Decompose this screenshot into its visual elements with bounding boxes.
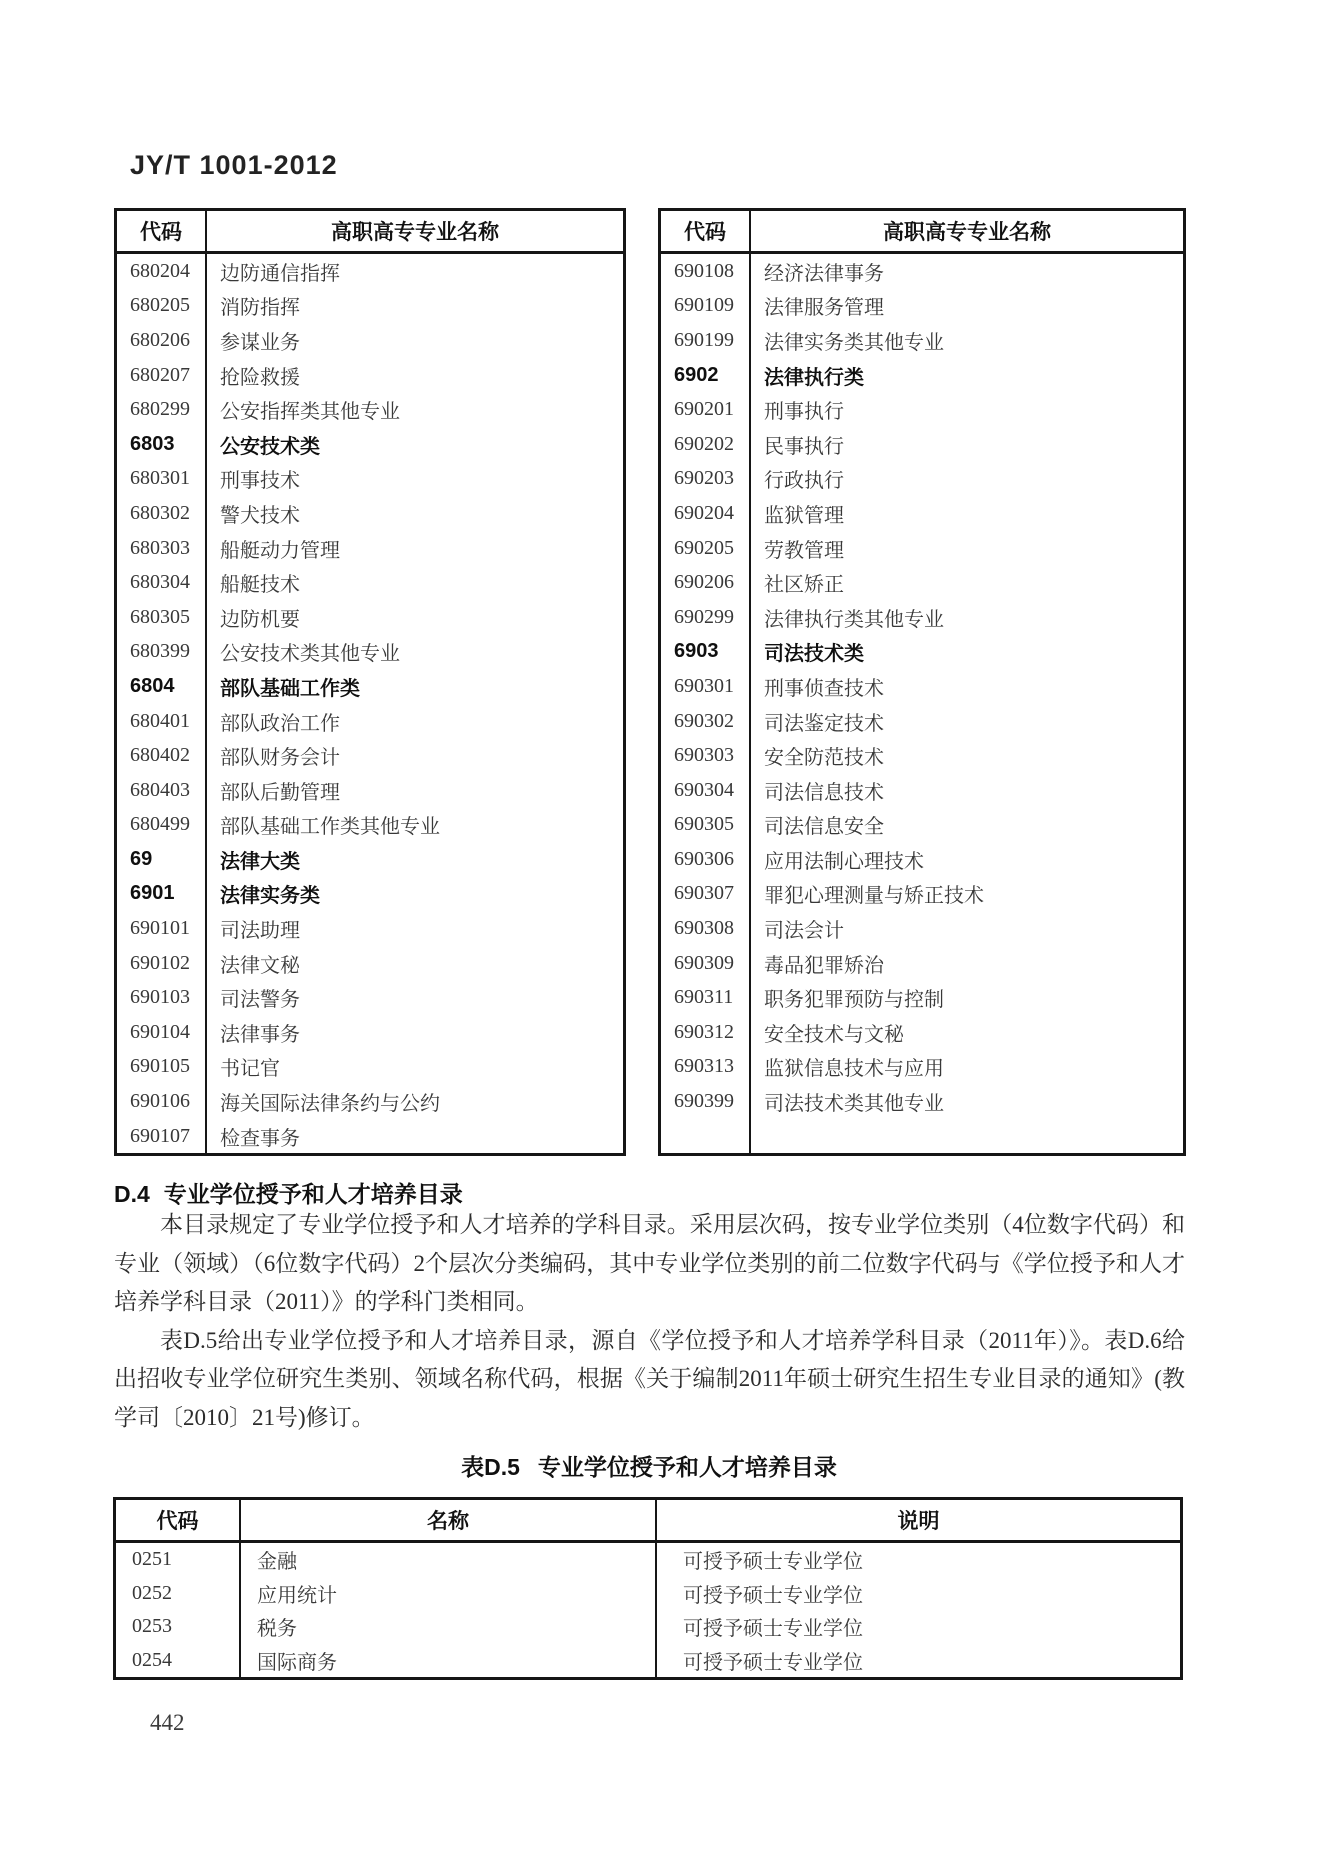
name-cell <box>751 1119 1183 1153</box>
section-heading: D.4专业学位授予和人才培养目录 <box>114 1176 463 1209</box>
name-cell: 部队后勤管理 <box>207 773 623 808</box>
table-row: 690311 职务犯罪预防与控制 <box>661 980 1183 1015</box>
code-cell: 690205 <box>661 531 751 566</box>
desc-cell: 可授予硕士专业学位 <box>657 1610 1180 1644</box>
code-cell: 690313 <box>661 1050 751 1085</box>
table-row: 690301 刑事侦查技术 <box>661 669 1183 704</box>
code-cell: 680303 <box>117 531 207 566</box>
name-cell: 司法助理 <box>207 911 623 946</box>
code-cell: 680204 <box>117 254 207 289</box>
code-cell: 680401 <box>117 704 207 739</box>
code-cell: 690202 <box>661 427 751 462</box>
code-cell: 6804 <box>117 669 207 704</box>
name-cell: 公安技术类 <box>207 427 623 462</box>
name-cell: 消防指挥 <box>207 289 623 324</box>
code-cell: 690305 <box>661 808 751 843</box>
table-row: 6902 法律执行类 <box>661 358 1183 393</box>
name-cell: 法律实务类其他专业 <box>751 323 1183 358</box>
name-cell: 经济法律事务 <box>751 254 1183 289</box>
table-row: 690312 安全技术与文秘 <box>661 1015 1183 1050</box>
table-row: 690101 司法助理 <box>117 911 623 946</box>
table-row: 690107 检查事务 <box>117 1119 623 1154</box>
code-cell: 690107 <box>117 1119 207 1154</box>
spec-table-right: 代码 高职高专专业名称 690108 经济法律事务 690109 法律服务管理 … <box>658 208 1186 1156</box>
table-row: 6901 法律实务类 <box>117 877 623 912</box>
name-cell: 警犬技术 <box>207 496 623 531</box>
code-cell: 680205 <box>117 289 207 324</box>
section-body: 本目录规定了专业学位授予和人才培养的学科目录。采用层次码，按专业学位类别（4位数… <box>114 1206 1185 1437</box>
name-cell: 职务犯罪预防与控制 <box>751 980 1183 1015</box>
code-cell: 690204 <box>661 496 751 531</box>
table-row: 690202 民事执行 <box>661 427 1183 462</box>
code-cell: 0252 <box>116 1577 241 1611</box>
table-row: 680301 刑事技术 <box>117 462 623 497</box>
code-cell: 690109 <box>661 289 751 324</box>
code-cell: 680402 <box>117 738 207 773</box>
code-cell: 0254 <box>116 1644 241 1678</box>
name-cell: 司法技术类其他专业 <box>751 1084 1183 1119</box>
code-cell: 680302 <box>117 496 207 531</box>
table-row: 680399 公安技术类其他专业 <box>117 635 623 670</box>
name-cell: 应用统计 <box>241 1577 657 1611</box>
name-cell: 法律实务类 <box>207 877 623 912</box>
header-cell-code: 代码 <box>661 211 751 251</box>
table-row: 690102 法律文秘 <box>117 946 623 981</box>
code-cell: 680301 <box>117 462 207 497</box>
table-row: 680205 消防指挥 <box>117 289 623 324</box>
table-row: 680401 部队政治工作 <box>117 704 623 739</box>
header-cell-desc: 说明 <box>657 1500 1180 1540</box>
name-cell: 监狱管理 <box>751 496 1183 531</box>
table-row: 680302 警犬技术 <box>117 496 623 531</box>
header-cell-name: 高职高专专业名称 <box>751 211 1183 251</box>
table-caption-title: 专业学位授予和人才培养目录 <box>538 1454 837 1480</box>
table-row: 0251 金融 可授予硕士专业学位 <box>116 1543 1180 1577</box>
code-cell: 690302 <box>661 704 751 739</box>
code-cell: 680499 <box>117 808 207 843</box>
code-cell: 690203 <box>661 462 751 497</box>
header-cell-code: 代码 <box>117 211 207 251</box>
name-cell: 公安指挥类其他专业 <box>207 392 623 427</box>
degree-table: 代码 名称 说明 0251 金融 可授予硕士专业学位 0252 应用统计 可授予… <box>113 1497 1183 1680</box>
table-body: 680204 边防通信指挥 680205 消防指挥 680206 参谋业务 68… <box>117 254 623 1153</box>
table-row: 680305 边防机要 <box>117 600 623 635</box>
name-cell: 法律执行类其他专业 <box>751 600 1183 635</box>
spec-table-left: 代码 高职高专专业名称 680204 边防通信指挥 680205 消防指挥 68… <box>114 208 626 1156</box>
name-cell: 安全技术与文秘 <box>751 1015 1183 1050</box>
code-cell: 69 <box>117 842 207 877</box>
code-cell: 690201 <box>661 392 751 427</box>
code-cell: 690311 <box>661 980 751 1015</box>
name-cell: 刑事执行 <box>751 392 1183 427</box>
code-cell: 690309 <box>661 946 751 981</box>
table-row: 680204 边防通信指挥 <box>117 254 623 289</box>
document-page: JY/T 1001-2012 代码 高职高专专业名称 680204 边防通信指挥… <box>0 0 1323 1871</box>
code-cell: 680305 <box>117 600 207 635</box>
table-row: 0252 应用统计 可授予硕士专业学位 <box>116 1577 1180 1611</box>
code-cell: 690304 <box>661 773 751 808</box>
code-cell: 690206 <box>661 565 751 600</box>
table-row: 690203 行政执行 <box>661 462 1183 497</box>
code-cell <box>661 1119 751 1153</box>
code-cell: 680206 <box>117 323 207 358</box>
code-cell: 690299 <box>661 600 751 635</box>
name-cell: 法律文秘 <box>207 946 623 981</box>
name-cell: 刑事侦查技术 <box>751 669 1183 704</box>
table-header-row: 代码 高职高专专业名称 <box>661 211 1183 254</box>
name-cell: 司法警务 <box>207 980 623 1015</box>
table-row: 6903 司法技术类 <box>661 635 1183 670</box>
code-cell: 6803 <box>117 427 207 462</box>
code-cell: 680399 <box>117 635 207 670</box>
code-cell: 690101 <box>117 911 207 946</box>
paragraph: 表D.5给出专业学位授予和人才培养目录，源自《学位授予和人才培养学科目录（201… <box>114 1322 1185 1438</box>
table-row: 680403 部队后勤管理 <box>117 773 623 808</box>
header-cell-code: 代码 <box>116 1500 241 1540</box>
table-row: 680299 公安指挥类其他专业 <box>117 392 623 427</box>
table-header-row: 代码 名称 说明 <box>116 1500 1180 1543</box>
table-body: 0251 金融 可授予硕士专业学位 0252 应用统计 可授予硕士专业学位 02… <box>116 1543 1180 1677</box>
table-row: 6804 部队基础工作类 <box>117 669 623 704</box>
code-cell: 680403 <box>117 773 207 808</box>
code-cell: 6901 <box>117 877 207 912</box>
table-row: 690307 罪犯心理测量与矫正技术 <box>661 877 1183 912</box>
section-title: 专业学位授予和人才培养目录 <box>164 1181 463 1207</box>
name-cell: 毒品犯罪矫治 <box>751 946 1183 981</box>
table-row: 690204 监狱管理 <box>661 496 1183 531</box>
name-cell: 书记官 <box>207 1050 623 1085</box>
table-row: 690309 毒品犯罪矫治 <box>661 946 1183 981</box>
code-cell: 690301 <box>661 669 751 704</box>
table-row: 69 法律大类 <box>117 842 623 877</box>
table-row: 6803 公安技术类 <box>117 427 623 462</box>
code-cell: 690399 <box>661 1084 751 1119</box>
name-cell: 金融 <box>241 1543 657 1577</box>
table-row: 690399 司法技术类其他专业 <box>661 1084 1183 1119</box>
name-cell: 参谋业务 <box>207 323 623 358</box>
code-cell: 690307 <box>661 877 751 912</box>
table-row: 690299 法律执行类其他专业 <box>661 600 1183 635</box>
table-row: 690109 法律服务管理 <box>661 289 1183 324</box>
name-cell: 船艇动力管理 <box>207 531 623 566</box>
code-cell: 690303 <box>661 738 751 773</box>
name-cell: 劳教管理 <box>751 531 1183 566</box>
table-row: 690308 司法会计 <box>661 911 1183 946</box>
name-cell: 司法信息技术 <box>751 773 1183 808</box>
desc-cell: 可授予硕士专业学位 <box>657 1644 1180 1678</box>
code-cell: 0251 <box>116 1543 241 1577</box>
code-cell: 690312 <box>661 1015 751 1050</box>
name-cell: 国际商务 <box>241 1644 657 1678</box>
name-cell: 部队财务会计 <box>207 738 623 773</box>
table-row: 690306 应用法制心理技术 <box>661 842 1183 877</box>
code-cell: 680304 <box>117 565 207 600</box>
table-row: 680499 部队基础工作类其他专业 <box>117 808 623 843</box>
table-caption-label: 表D.5 <box>461 1454 520 1480</box>
name-cell: 司法鉴定技术 <box>751 704 1183 739</box>
table-row: 690313 监狱信息技术与应用 <box>661 1050 1183 1085</box>
table-row: 0254 国际商务 可授予硕士专业学位 <box>116 1644 1180 1678</box>
name-cell: 部队基础工作类其他专业 <box>207 808 623 843</box>
code-cell: 0253 <box>116 1610 241 1644</box>
table-row: 690206 社区矫正 <box>661 565 1183 600</box>
header-cell-name: 名称 <box>241 1500 657 1540</box>
name-cell: 部队政治工作 <box>207 704 623 739</box>
table-row: 690106 海关国际法律条约与公约 <box>117 1084 623 1119</box>
name-cell: 部队基础工作类 <box>207 669 623 704</box>
name-cell: 罪犯心理测量与矫正技术 <box>751 877 1183 912</box>
table-row: 690199 法律实务类其他专业 <box>661 323 1183 358</box>
name-cell: 民事执行 <box>751 427 1183 462</box>
table-row: 680207 抢险救援 <box>117 358 623 393</box>
paragraph: 本目录规定了专业学位授予和人才培养的学科目录。采用层次码，按专业学位类别（4位数… <box>114 1206 1185 1322</box>
desc-cell: 可授予硕士专业学位 <box>657 1543 1180 1577</box>
code-cell: 690199 <box>661 323 751 358</box>
table-row: 690108 经济法律事务 <box>661 254 1183 289</box>
table-row: 690302 司法鉴定技术 <box>661 704 1183 739</box>
name-cell: 海关国际法律条约与公约 <box>207 1084 623 1119</box>
table-row: 680206 参谋业务 <box>117 323 623 358</box>
name-cell: 公安技术类其他专业 <box>207 635 623 670</box>
code-cell: 690105 <box>117 1050 207 1085</box>
table-row: 0253 税务 可授予硕士专业学位 <box>116 1610 1180 1644</box>
name-cell: 税务 <box>241 1610 657 1644</box>
section-label: D.4 <box>114 1181 150 1207</box>
table-row: 690201 刑事执行 <box>661 392 1183 427</box>
code-cell: 690103 <box>117 980 207 1015</box>
name-cell: 社区矫正 <box>751 565 1183 600</box>
name-cell: 安全防范技术 <box>751 738 1183 773</box>
code-cell: 690108 <box>661 254 751 289</box>
name-cell: 监狱信息技术与应用 <box>751 1050 1183 1085</box>
code-cell: 680207 <box>117 358 207 393</box>
table-body: 690108 经济法律事务 690109 法律服务管理 690199 法律实务类… <box>661 254 1183 1119</box>
table-row: 680304 船艇技术 <box>117 565 623 600</box>
table-caption: 表D.5专业学位授予和人才培养目录 <box>114 1449 1184 1482</box>
desc-cell: 可授予硕士专业学位 <box>657 1577 1180 1611</box>
name-cell: 船艇技术 <box>207 565 623 600</box>
name-cell: 法律执行类 <box>751 358 1183 393</box>
table-row: 680303 船艇动力管理 <box>117 531 623 566</box>
table-row: 690104 法律事务 <box>117 1015 623 1050</box>
name-cell: 边防机要 <box>207 600 623 635</box>
code-cell: 690102 <box>117 946 207 981</box>
name-cell: 检查事务 <box>207 1119 623 1154</box>
name-cell: 法律事务 <box>207 1015 623 1050</box>
header-cell-name: 高职高专专业名称 <box>207 211 623 251</box>
standard-number: JY/T 1001-2012 <box>130 150 338 181</box>
table-filler-row <box>661 1119 1183 1153</box>
name-cell: 法律大类 <box>207 842 623 877</box>
code-cell: 690306 <box>661 842 751 877</box>
code-cell: 690308 <box>661 911 751 946</box>
table-row: 690105 书记官 <box>117 1050 623 1085</box>
table-row: 680402 部队财务会计 <box>117 738 623 773</box>
table-header-row: 代码 高职高专专业名称 <box>117 211 623 254</box>
table-row: 690205 劳教管理 <box>661 531 1183 566</box>
table-row: 690305 司法信息安全 <box>661 808 1183 843</box>
name-cell: 司法会计 <box>751 911 1183 946</box>
table-row: 690103 司法警务 <box>117 980 623 1015</box>
page-number: 442 <box>150 1710 185 1736</box>
name-cell: 刑事技术 <box>207 462 623 497</box>
code-cell: 690106 <box>117 1084 207 1119</box>
name-cell: 抢险救援 <box>207 358 623 393</box>
code-cell: 6902 <box>661 358 751 393</box>
code-cell: 680299 <box>117 392 207 427</box>
code-cell: 690104 <box>117 1015 207 1050</box>
name-cell: 边防通信指挥 <box>207 254 623 289</box>
table-row: 690304 司法信息技术 <box>661 773 1183 808</box>
table-row: 690303 安全防范技术 <box>661 738 1183 773</box>
name-cell: 法律服务管理 <box>751 289 1183 324</box>
code-cell: 6903 <box>661 635 751 670</box>
name-cell: 司法信息安全 <box>751 808 1183 843</box>
name-cell: 司法技术类 <box>751 635 1183 670</box>
name-cell: 行政执行 <box>751 462 1183 497</box>
name-cell: 应用法制心理技术 <box>751 842 1183 877</box>
